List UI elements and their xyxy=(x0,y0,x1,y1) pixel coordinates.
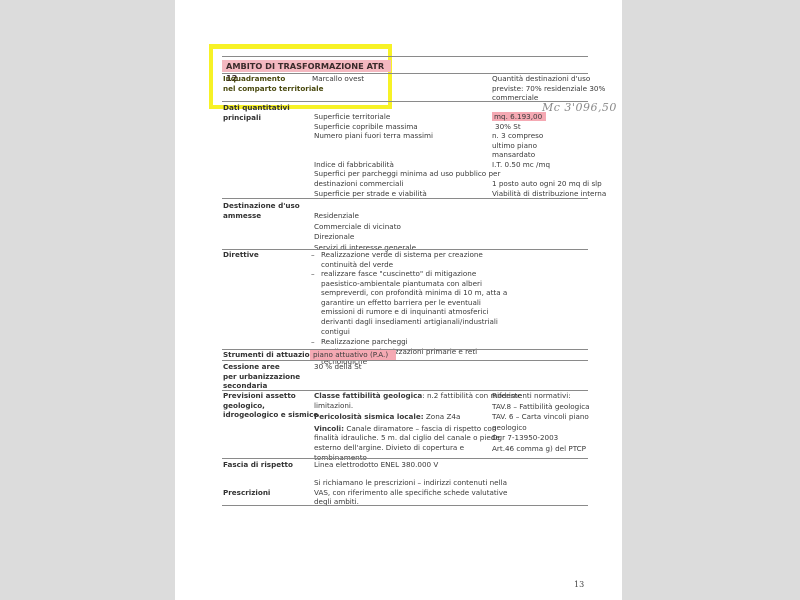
handwritten-note: Mc 3'096,50 xyxy=(542,101,617,114)
cessione-label: Cessione aree per urbanizzazione seconda… xyxy=(223,362,300,391)
direttive-label: Direttive xyxy=(223,250,259,260)
page-title: AMBITO DI TRASFORMAZIONE ATR 12 xyxy=(222,60,391,72)
strumenti-label: Strumenti di attuazione xyxy=(223,350,320,360)
document-page: AMBITO DI TRASFORMAZIONE ATR 12 Inquadra… xyxy=(175,0,622,600)
divider xyxy=(222,505,588,506)
divider xyxy=(222,458,588,459)
prescrizioni-label: Prescrizioni xyxy=(223,488,270,498)
dati-values: mq. 6.193,00 30% St n. 3 compreso ultimo… xyxy=(492,112,606,198)
divider xyxy=(222,198,588,199)
destinazione-list: Residenziale Commerciale di vicinato Dir… xyxy=(314,211,416,253)
dati-names: Superficie territoriale Superficie copri… xyxy=(314,112,500,198)
inquadramento-note: Quantità destinazioni d'uso previste: 70… xyxy=(492,74,605,103)
previsioni-label: Previsioni assetto geologico, idrogeolog… xyxy=(223,391,318,420)
dati-label: Dati quantitativi principali xyxy=(223,103,290,122)
divider xyxy=(222,360,588,361)
destinazione-label: Destinazione d'uso ammesse xyxy=(223,201,300,220)
divider xyxy=(222,56,588,57)
prescrizioni-text: Si richiamano le prescrizioni – indirizz… xyxy=(314,478,507,507)
highlighted-superficie: mq. 6.193,00 xyxy=(492,112,546,121)
divider xyxy=(222,101,588,102)
strumenti-value: piano attuativo (P.A.) xyxy=(310,350,396,360)
riferimenti-normativi: Riferimenti normativi: TAV.8 – Fattibili… xyxy=(492,391,590,454)
inquadramento-label: Inquadramento nel comparto territoriale xyxy=(223,74,324,93)
inquadramento-value: Marcallo ovest xyxy=(312,74,364,84)
cessione-value: 30 % della St xyxy=(314,362,362,372)
previsioni-details: Classe fattibilità geologica: n.2 fattib… xyxy=(314,391,522,462)
fascia-label: Fascia di rispetto xyxy=(223,460,293,470)
fascia-value: Linea elettrodotto ENEL 380.000 V xyxy=(314,460,438,470)
page-number: 13 xyxy=(574,580,584,589)
